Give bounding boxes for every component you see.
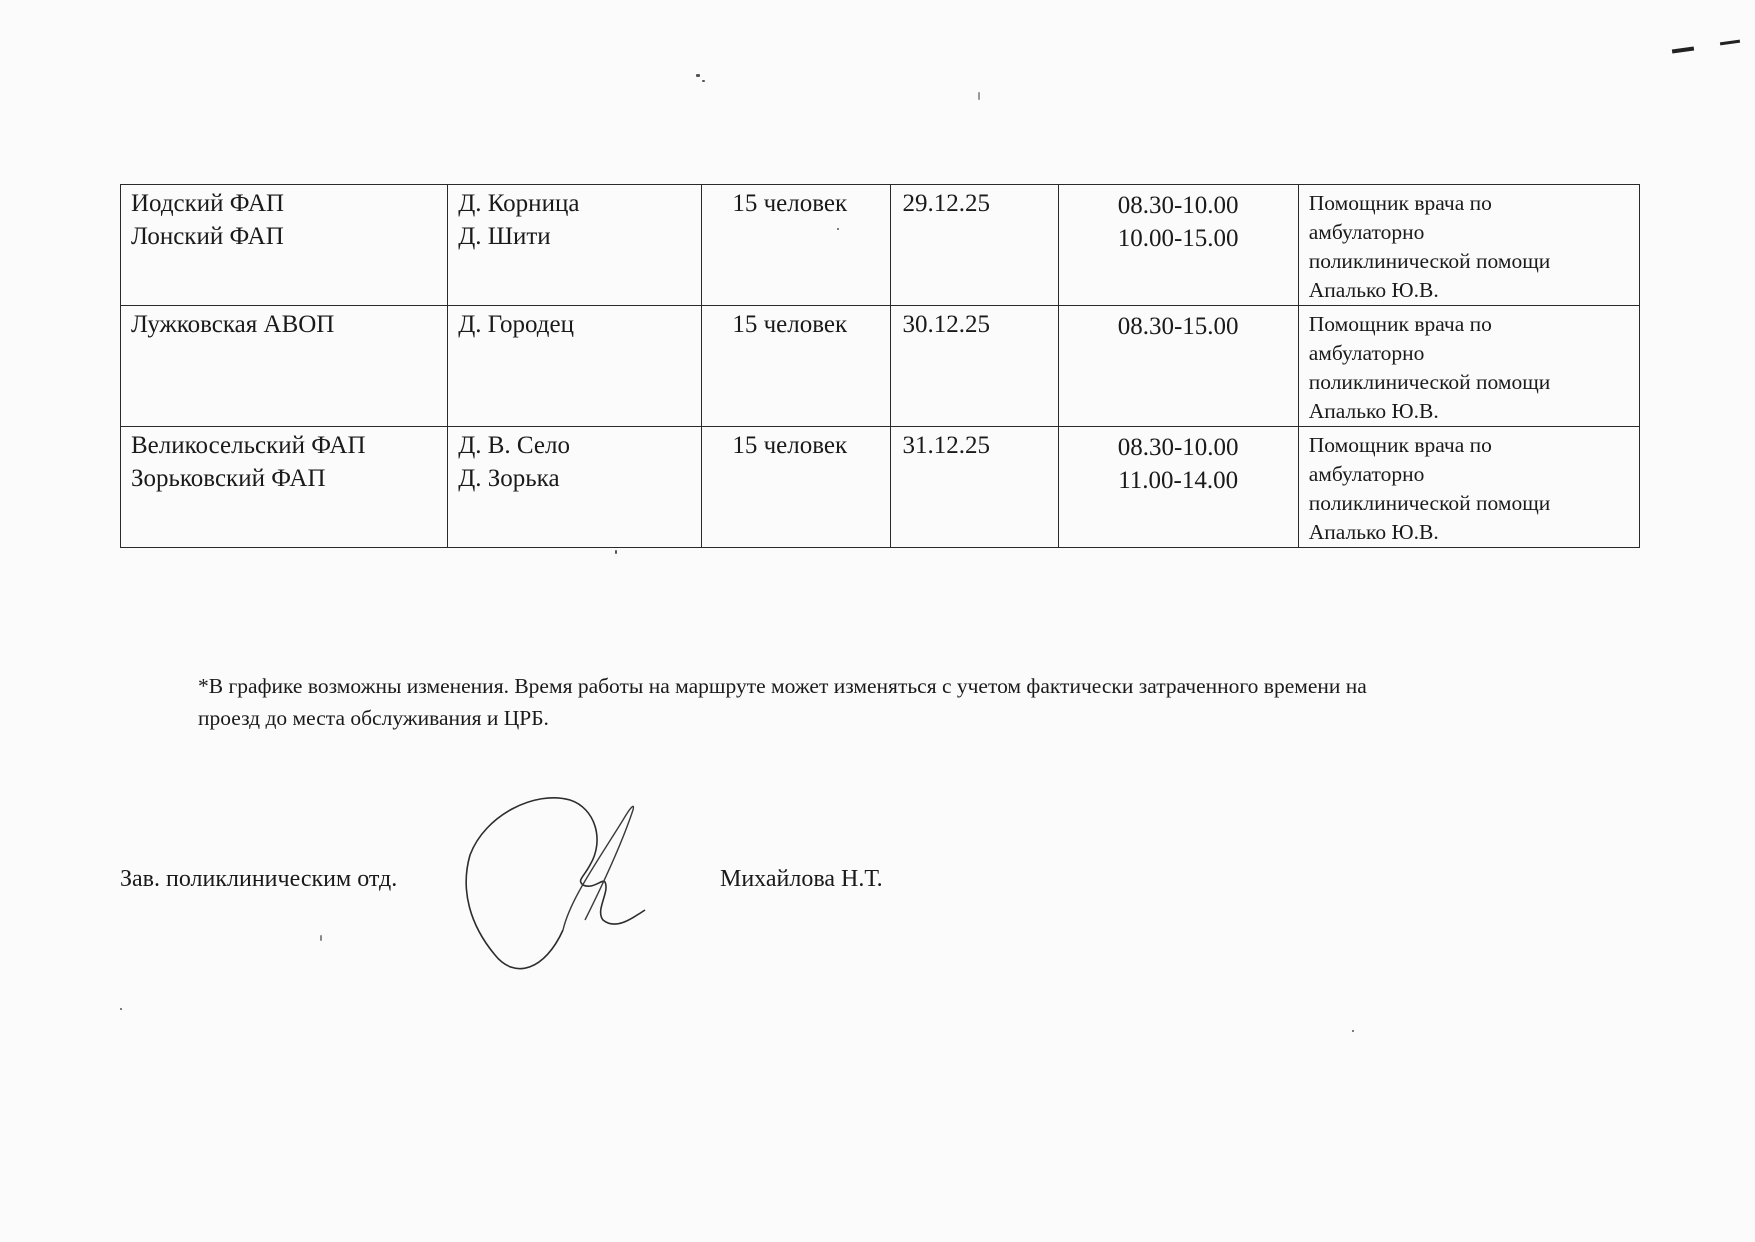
facility-name: Зорьковский ФАП xyxy=(131,462,439,495)
people-count: 15 человек xyxy=(732,429,882,462)
village-name: Д. Зорька xyxy=(458,462,693,495)
schedule-table: Иодский ФАП Лонский ФАП Д. Корница Д. Ши… xyxy=(120,184,1640,548)
signer-position: Зав. поликлиническим отд. xyxy=(120,864,397,894)
responsible-cell: Помощник врача по амбулаторно поликлинич… xyxy=(1298,306,1639,427)
village-name: Д. Корница xyxy=(458,187,693,220)
time-slot: 10.00-15.00 xyxy=(1059,222,1298,255)
facility-cell: Иодский ФАП Лонский ФАП xyxy=(121,185,448,306)
people-count: 15 человек xyxy=(732,308,882,341)
people-cell: 15 человек xyxy=(702,306,891,427)
signer-name: Михайлова Н.Т. xyxy=(720,864,883,894)
people-count: 15 человек xyxy=(732,187,882,220)
document-page: Иодский ФАП Лонский ФАП Д. Корница Д. Ши… xyxy=(0,0,1755,1242)
time-cell: 08.30-10.00 11.00-14.00 xyxy=(1058,427,1298,548)
responsible-line: Помощник врача по xyxy=(1309,189,1635,218)
time-slot: 08.30-15.00 xyxy=(1059,310,1298,343)
date-cell: 31.12.25 xyxy=(891,427,1058,548)
responsible-line: амбулаторно xyxy=(1309,218,1635,247)
scan-artifact xyxy=(320,935,322,941)
scan-artifact xyxy=(120,1008,122,1010)
time-slot: 08.30-10.00 xyxy=(1059,431,1298,464)
responsible-line: Апалько Ю.В. xyxy=(1309,397,1635,426)
responsible-line: поликлинической помощи xyxy=(1309,247,1635,276)
village-cell: Д. Корница Д. Шити xyxy=(448,185,702,306)
handwritten-signature xyxy=(455,780,705,980)
schedule-footnote: *В графике возможны изменения. Время раб… xyxy=(198,670,1618,734)
scan-artifact xyxy=(702,80,705,82)
scan-artifact xyxy=(1720,40,1740,46)
responsible-line: амбулаторно xyxy=(1309,460,1635,489)
responsible-line: Помощник врача по xyxy=(1309,310,1635,339)
village-name: Д. В. Село xyxy=(458,429,693,462)
responsible-line: поликлинической помощи xyxy=(1309,368,1635,397)
responsible-line: амбулаторно xyxy=(1309,339,1635,368)
visit-date: 30.12.25 xyxy=(902,308,1049,341)
time-cell: 08.30-15.00 xyxy=(1058,306,1298,427)
responsible-cell: Помощник врача по амбулаторно поликлинич… xyxy=(1298,185,1639,306)
date-cell: 29.12.25 xyxy=(891,185,1058,306)
time-slot: 08.30-10.00 xyxy=(1059,189,1298,222)
footnote-line: проезд до места обслуживания и ЦРБ. xyxy=(198,702,1618,734)
responsible-line: Помощник врача по xyxy=(1309,431,1635,460)
facility-name: Великосельский ФАП xyxy=(131,429,439,462)
people-cell: 15 человек xyxy=(702,427,891,548)
visit-date: 31.12.25 xyxy=(902,429,1049,462)
responsible-line: поликлинической помощи xyxy=(1309,489,1635,518)
scan-artifact xyxy=(978,92,980,100)
table-row: Великосельский ФАП Зорьковский ФАП Д. В.… xyxy=(121,427,1640,548)
village-name: Д. Городец xyxy=(458,308,693,341)
people-cell: 15 человек xyxy=(702,185,891,306)
footnote-line: *В графике возможны изменения. Время раб… xyxy=(198,670,1618,702)
facility-cell: Лужковская АВОП xyxy=(121,306,448,427)
responsible-line: Апалько Ю.В. xyxy=(1309,518,1635,547)
scan-artifact xyxy=(615,550,617,554)
facility-name: Иодский ФАП xyxy=(131,187,439,220)
time-cell: 08.30-10.00 10.00-15.00 xyxy=(1058,185,1298,306)
table-row: Иодский ФАП Лонский ФАП Д. Корница Д. Ши… xyxy=(121,185,1640,306)
scan-artifact xyxy=(1352,1030,1354,1032)
village-name: Д. Шити xyxy=(458,220,693,253)
responsible-line: Апалько Ю.В. xyxy=(1309,276,1635,305)
facility-cell: Великосельский ФАП Зорьковский ФАП xyxy=(121,427,448,548)
responsible-cell: Помощник врача по амбулаторно поликлинич… xyxy=(1298,427,1639,548)
table-row: Лужковская АВОП Д. Городец 15 человек 30… xyxy=(121,306,1640,427)
scan-artifact xyxy=(696,74,700,77)
scan-artifact xyxy=(1672,46,1694,53)
village-cell: Д. В. Село Д. Зорька xyxy=(448,427,702,548)
time-slot: 11.00-14.00 xyxy=(1059,464,1298,497)
village-cell: Д. Городец xyxy=(448,306,702,427)
date-cell: 30.12.25 xyxy=(891,306,1058,427)
visit-date: 29.12.25 xyxy=(902,187,1049,220)
facility-name: Лонский ФАП xyxy=(131,220,439,253)
facility-name: Лужковская АВОП xyxy=(131,308,439,341)
